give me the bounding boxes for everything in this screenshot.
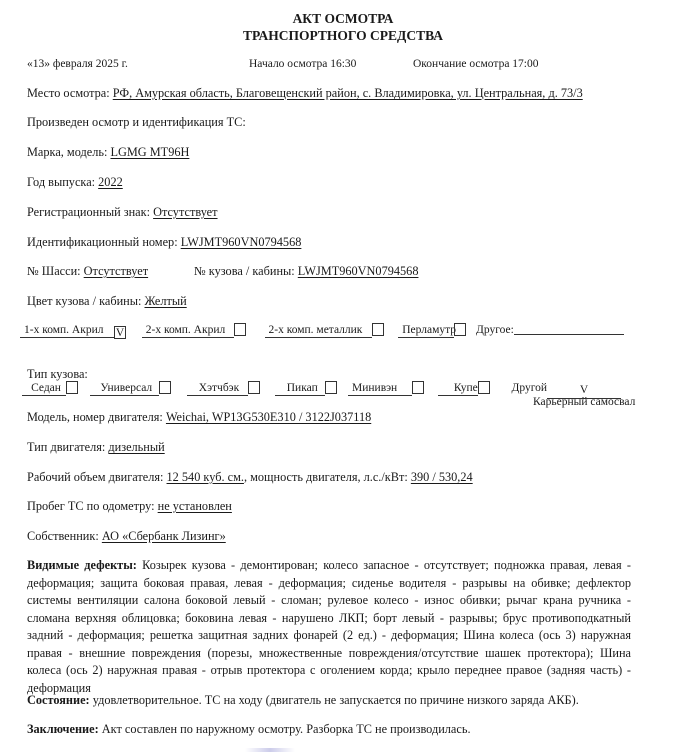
paint-checkbox[interactable] xyxy=(234,323,246,336)
paint-checkbox[interactable] xyxy=(454,323,466,336)
body-type-label: Тип кузова: xyxy=(27,367,88,382)
body-other-label: Другой xyxy=(512,382,548,394)
inspection-date: «13» февраля 2025 г. xyxy=(27,58,128,70)
defects-text: Козырек кузова - демонтирован; колесо за… xyxy=(27,558,631,695)
body-checkbox[interactable] xyxy=(478,381,490,394)
field-year: Год выпуска: 2022 xyxy=(27,175,123,190)
paint-checkbox[interactable] xyxy=(372,323,384,336)
condition: Состояние: удовлетворительное. ТС на ход… xyxy=(27,693,579,708)
field-value: РФ, Амурская область, Благовещенский рай… xyxy=(113,86,583,100)
body-checkbox[interactable] xyxy=(325,381,337,394)
document-title-line2: ТРАНСПОРТНОГО СРЕДСТВА xyxy=(0,28,686,44)
body-checkbox[interactable] xyxy=(248,381,260,394)
field-label: Место осмотра: xyxy=(27,86,113,100)
paint-option: 1-х комп. Акрил xyxy=(20,323,114,338)
paint-other-label: Другое: xyxy=(476,324,514,336)
field-make-model: Марка, модель: LGMG MT96H xyxy=(27,145,189,160)
body-option: Седан xyxy=(22,381,66,396)
field-owner: Собственник: АО «Сбербанк Лизинг» xyxy=(27,529,226,544)
conclusion: Заключение: Акт составлен по наружному о… xyxy=(27,722,471,737)
visible-defects: Видимые дефекты: Козырек кузова - демонт… xyxy=(27,557,631,697)
field-engine-model: Модель, номер двигателя: Weichai, WP13G5… xyxy=(27,410,371,425)
inspection-place: Место осмотра: РФ, Амурская область, Бла… xyxy=(27,86,583,101)
paint-option: 2-х комп. металлик xyxy=(265,323,372,338)
body-checkbox[interactable] xyxy=(159,381,171,394)
body-option: Пикап xyxy=(275,381,325,396)
inspection-end-time: Окончание осмотра 17:00 xyxy=(413,58,539,70)
paint-type-row: 1-х комп. АкрилV 2-х комп. Акрил 2-х ком… xyxy=(20,322,624,339)
field-displacement-power: Рабочий объем двигателя: 12 540 куб. см.… xyxy=(27,470,473,485)
paint-option: 2-х комп. Акрил xyxy=(142,323,234,338)
paint-option: Перламутр xyxy=(398,323,454,338)
document-title-line1: АКТ ОСМОТРА xyxy=(0,11,686,27)
body-type-row: Седан Универсал Хэтчбэк Пикап Минивэн Ку… xyxy=(22,381,621,399)
field-mileage: Пробег ТС по одометру: не установлен xyxy=(27,499,232,514)
field-engine-type: Тип двигателя: дизельный xyxy=(27,440,165,455)
field-body-number: № кузова / кабины: LWJMT960VN0794568 xyxy=(194,264,418,279)
body-option: Универсал xyxy=(90,381,159,396)
field-reg-plate: Регистрационный знак: Отсутствует xyxy=(27,205,218,220)
paint-checkbox[interactable]: V xyxy=(114,326,126,339)
field-chassis: № Шасси: Отсутствует xyxy=(27,264,148,279)
signature-mark xyxy=(245,748,295,752)
field-color: Цвет кузова / кабины: Желтый xyxy=(27,294,187,309)
body-option: Купе xyxy=(438,381,478,396)
inspection-intro: Произведен осмотр и идентификация ТС: xyxy=(27,115,246,130)
body-option: Минивэн xyxy=(348,381,412,396)
paint-other-field[interactable] xyxy=(514,322,624,335)
body-checkbox[interactable] xyxy=(66,381,78,394)
defects-label: Видимые дефекты: xyxy=(27,558,137,572)
body-option: Хэтчбэк xyxy=(187,381,248,396)
body-other-value: Карьерный самосвал xyxy=(533,396,635,408)
field-vin: Идентификационный номер: LWJMT960VN07945… xyxy=(27,235,301,250)
body-checkbox[interactable] xyxy=(412,381,424,394)
inspection-start-time: Начало осмотра 16:30 xyxy=(249,58,356,70)
